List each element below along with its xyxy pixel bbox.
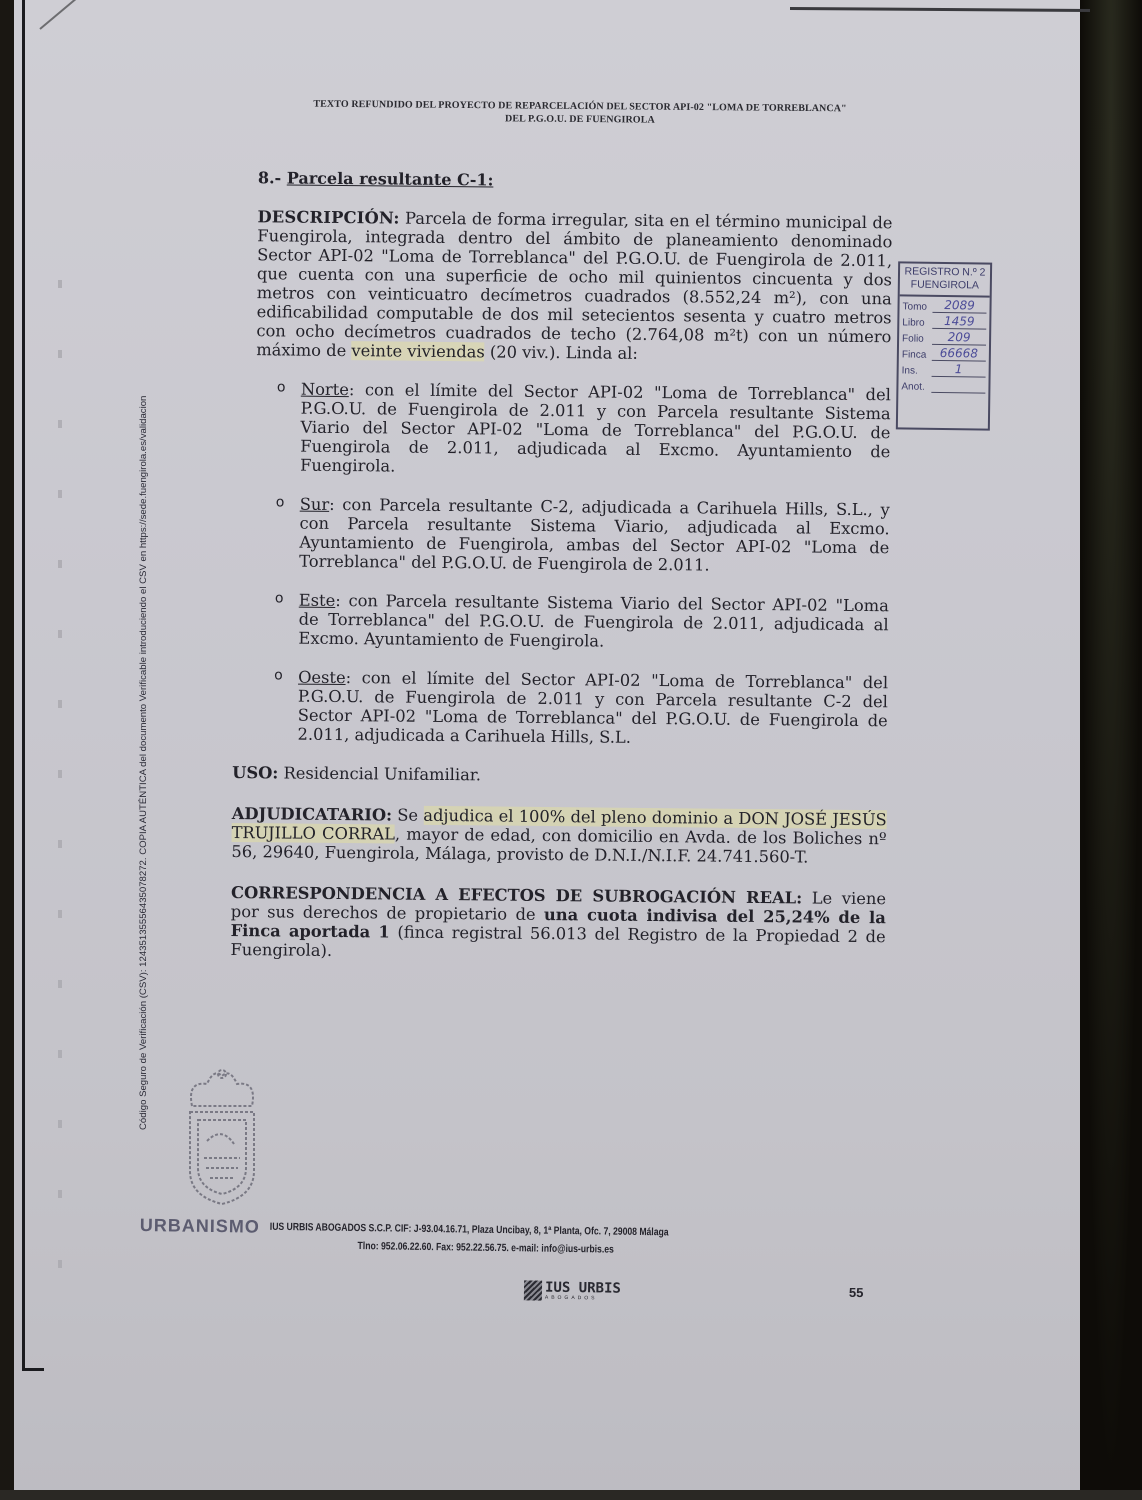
uso-text: Residencial Unifamiliar. (278, 763, 481, 784)
registry-value: 1459 (932, 315, 986, 330)
linderos-list: Norte: con el límite del Sector API-02 "… (232, 379, 890, 749)
registry-value: 66668 (932, 347, 986, 362)
registry-row-ins: Ins.1 (902, 360, 986, 377)
coat-of-arms-stamp-icon (172, 1066, 272, 1208)
registry-name: REGISTRO N.º 2 (900, 265, 990, 279)
lindero-este: Este: con Parcela resultante Sistema Via… (298, 591, 889, 654)
lindero-text: : con Parcela resultante C-2, adjudicada… (299, 495, 890, 575)
lindero-label: Este (299, 591, 336, 610)
adjudicatario-label: ADJUDICATARIO: (232, 804, 392, 825)
registry-city: FUENGIROLA (900, 278, 990, 292)
descripcion-text: Parcela de forma irregular, sita en el t… (256, 209, 892, 360)
registry-row-tomo: Tomo2089 (902, 296, 986, 313)
document-body: 8.- Parcela resultante C-1: DESCRIPCIÓN:… (230, 168, 893, 987)
uso-label: USO: (232, 763, 278, 782)
registry-key: Libro (902, 317, 932, 328)
registry-value: 2089 (932, 299, 986, 314)
adjudicatario-paragraph: ADJUDICATARIO: Se adjudica el 100% del p… (231, 804, 887, 867)
registry-key: Folio (902, 333, 932, 344)
descripcion-highlight: veinte viviendas (351, 341, 484, 361)
registry-key: Anot. (901, 381, 931, 392)
logo-text: IUS URBIS (545, 1281, 621, 1296)
section-title: Parcela resultante C-1: (287, 168, 494, 189)
lindero-sur: Sur: con Parcela resultante C-2, adjudic… (299, 495, 890, 577)
registry-row-anot: Anot. (901, 376, 985, 393)
frame-line-left (22, 0, 25, 1370)
background-edge-bottom (0, 1490, 1142, 1500)
registry-row-libro: Libro1459 (902, 312, 986, 329)
lindero-text: : con Parcela resultante Sistema Viario … (298, 591, 889, 651)
registry-value (931, 392, 985, 394)
registry-stamp-header: REGISTRO N.º 2 FUENGIROLA (900, 263, 990, 297)
lindero-label: Sur (300, 495, 330, 514)
lindero-oeste: Oeste: con el límite del Sector API-02 "… (297, 668, 888, 750)
registry-key: Finca (902, 349, 932, 360)
urbanismo-stamp: URBANISMO (140, 1215, 260, 1238)
section-number: 8.- (258, 168, 282, 187)
lindero-label: Oeste (298, 668, 346, 687)
correspondencia-paragraph: CORRESPONDENCIA A EFECTOS DE SUBROGACIÓN… (230, 883, 886, 965)
registry-key: Tomo (902, 301, 932, 312)
csv-verification-text: Código Seguro de Verificación (CSV): 124… (138, 180, 149, 1130)
descripcion-text-end: (20 viv.). Linda al: (485, 342, 638, 362)
perforation-marks (58, 230, 62, 1290)
lindero-label: Norte (301, 380, 349, 399)
adjudicatario-text: Se (392, 806, 423, 825)
page-number: 55 (849, 1285, 864, 1300)
lindero-text: : con el límite del Sector API-02 "Loma … (300, 380, 891, 475)
registry-value: 1 (932, 363, 986, 378)
registry-value: 209 (932, 331, 986, 346)
frame-line-bottom (22, 1368, 44, 1371)
descripcion-label: DESCRIPCIÓN: (257, 207, 399, 227)
registry-row-folio: Folio209 (902, 328, 986, 345)
descripcion-paragraph: DESCRIPCIÓN: Parcela de forma irregular,… (256, 207, 892, 365)
registry-key: Ins. (902, 365, 932, 376)
lindero-text: : con el límite del Sector API-02 "Loma … (297, 668, 888, 747)
ius-urbis-logo: IUS URBIS ABOGADOS (524, 1280, 621, 1301)
background-edge-right (1080, 0, 1142, 1500)
uso-paragraph: USO: Residencial Unifamiliar. (232, 763, 887, 788)
registry-row-finca: Finca66668 (902, 344, 986, 361)
lindero-norte: Norte: con el límite del Sector API-02 "… (300, 380, 891, 481)
registry-stamp: REGISTRO N.º 2 FUENGIROLA Tomo2089 Libro… (896, 261, 992, 430)
logo-mark-icon (524, 1280, 542, 1300)
